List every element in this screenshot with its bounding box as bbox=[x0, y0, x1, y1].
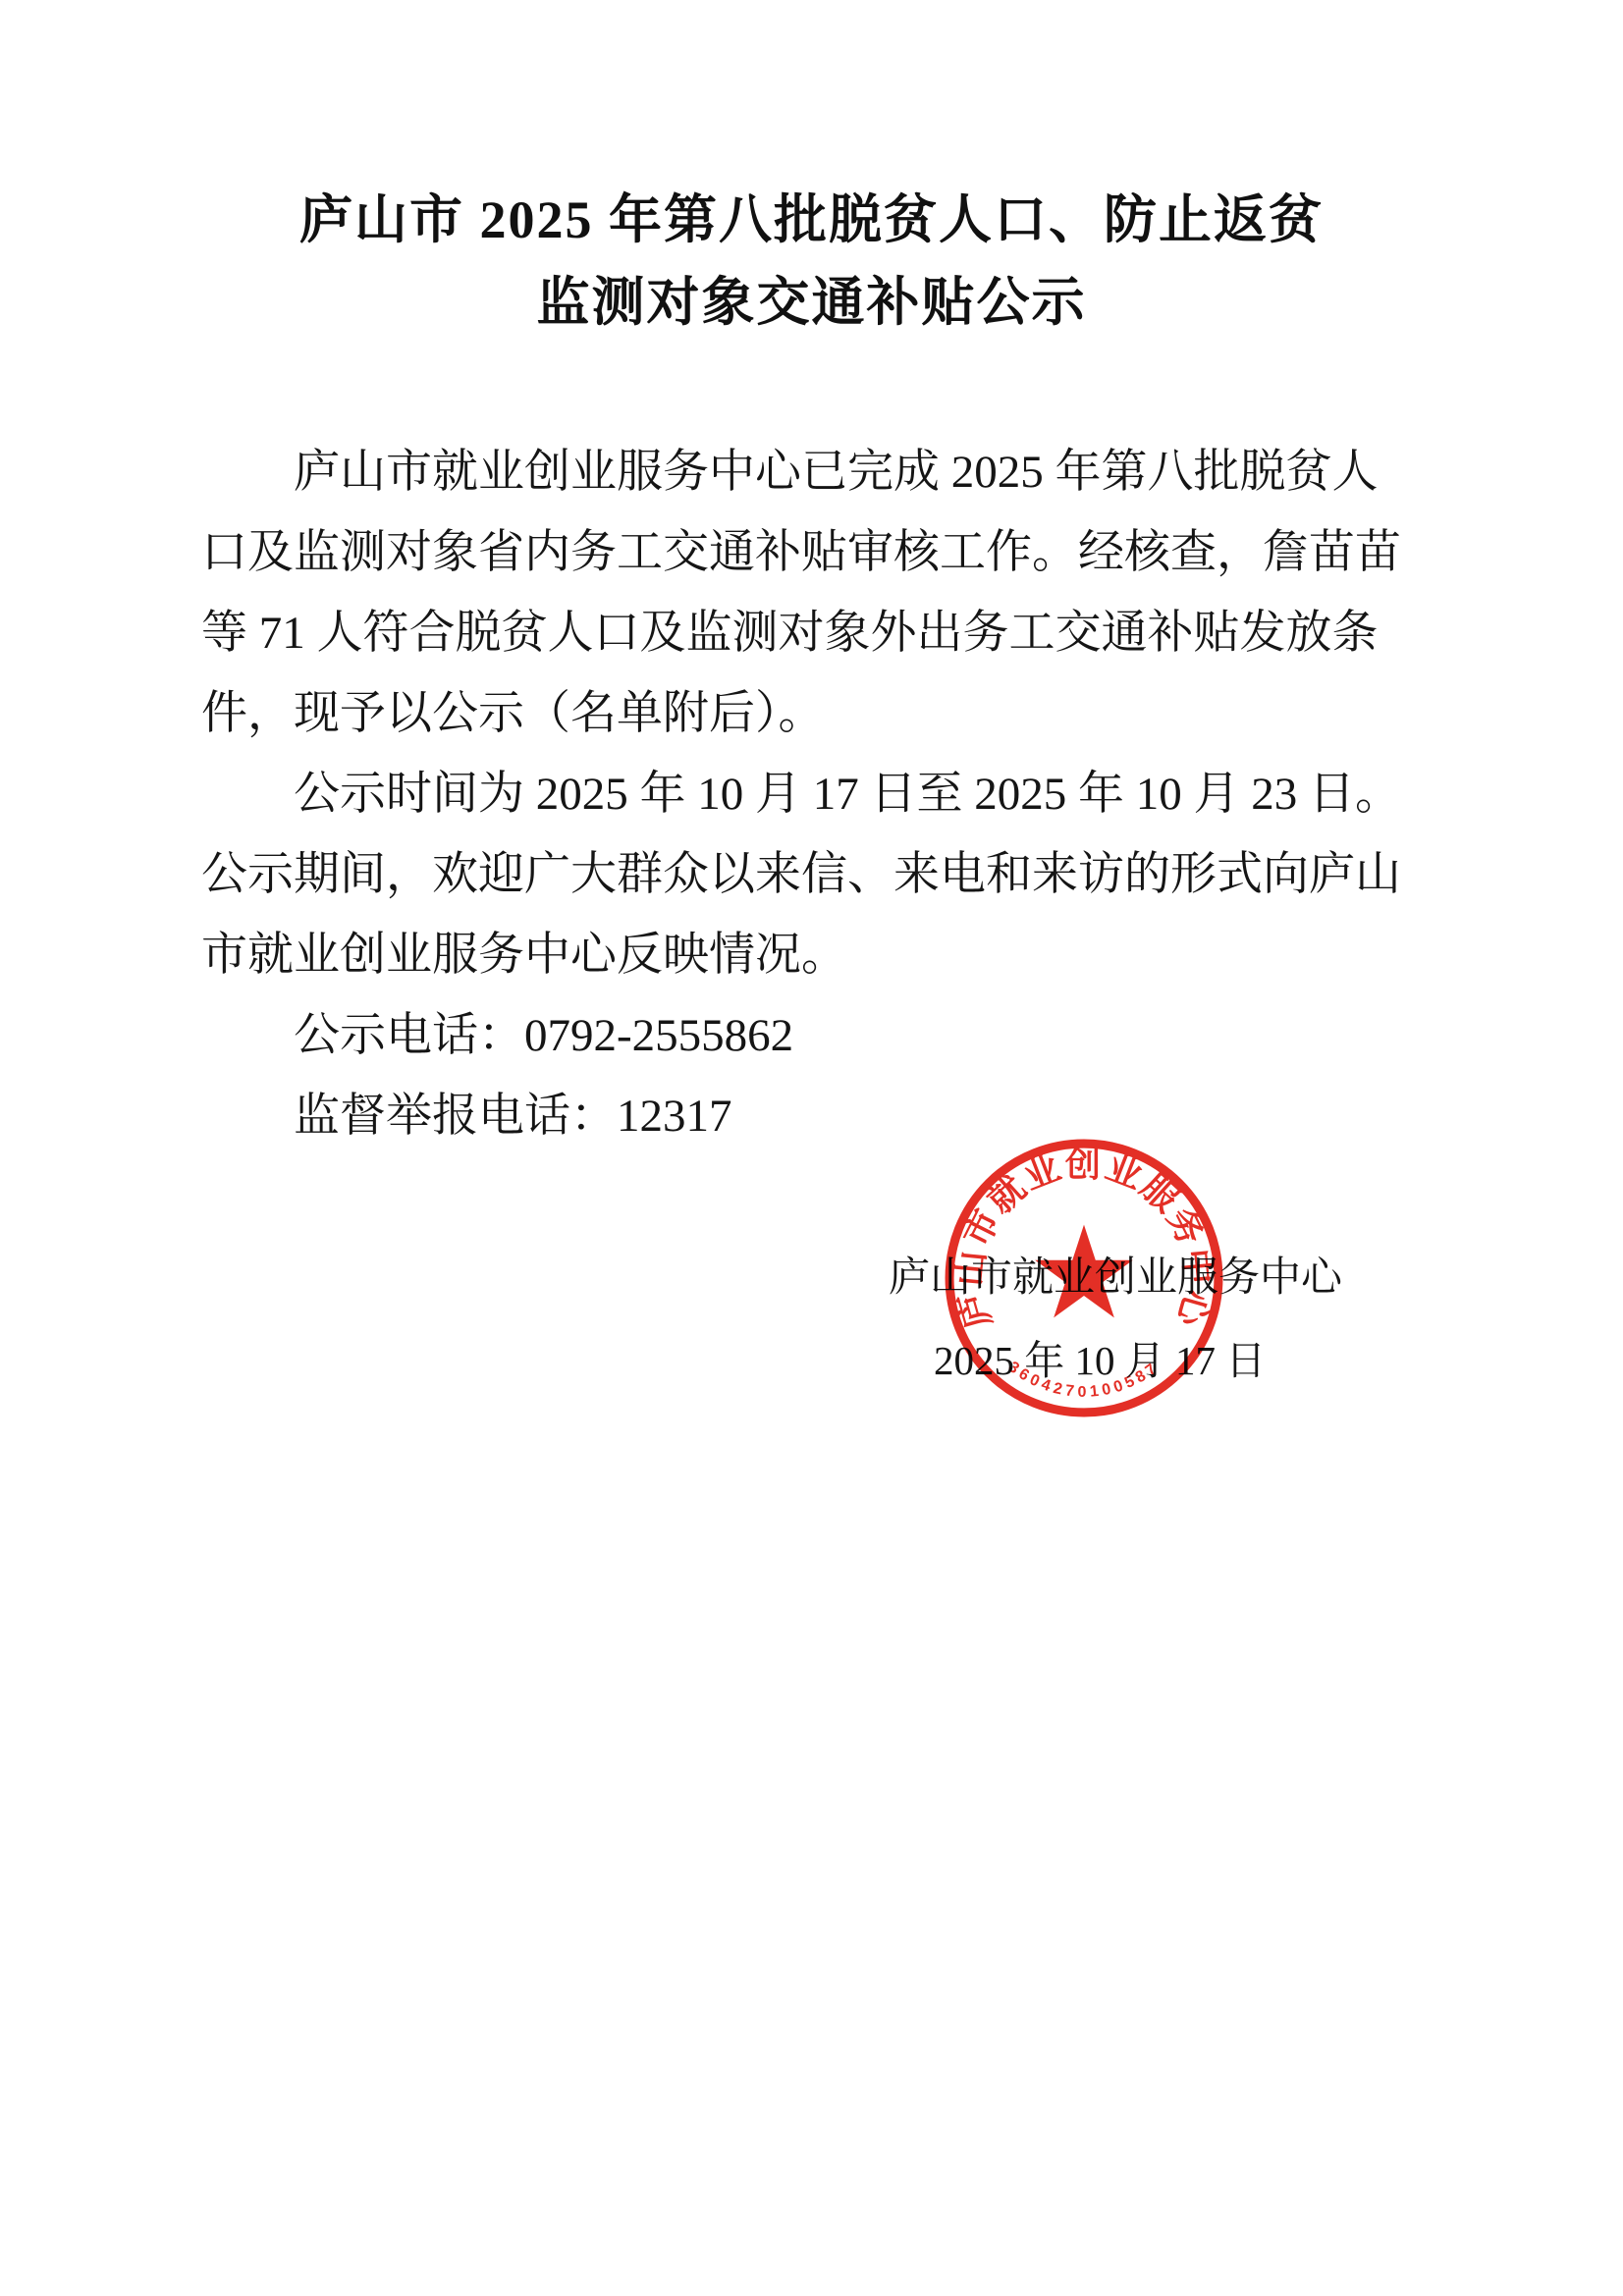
body-line: 公示期间，欢迎广大群众以来信、来电和来访的形式向庐山 bbox=[201, 834, 1429, 915]
body-line: 口及监测对象省内务工交通补贴审核工作。经核查，詹苗苗 bbox=[201, 512, 1429, 593]
document-body: 庐山市就业创业服务中心已完成 2025 年第八批脱贫人 口及监测对象省内务工交通… bbox=[201, 432, 1429, 1156]
body-line: 市就业创业服务中心反映情况。 bbox=[201, 915, 1429, 995]
body-line: 庐山市就业创业服务中心已完成 2025 年第八批脱贫人 bbox=[201, 432, 1429, 512]
svg-text:3604270100587: 3604270100587 bbox=[1005, 1358, 1163, 1400]
body-line: 公示电话：0792-2555862 bbox=[201, 995, 1429, 1076]
official-seal: 庐山市就业创业服务中心 3604270100587 bbox=[941, 1135, 1227, 1421]
body-line: 件，现予以公示（名单附后）。 bbox=[201, 673, 1429, 754]
title-line-1: 庐山市 2025 年第八批脱贫人口、防止返贫 bbox=[0, 179, 1623, 261]
body-line: 公示时间为 2025 年 10 月 17 日至 2025 年 10 月 23 日… bbox=[201, 754, 1429, 834]
body-line: 等 71 人符合脱贫人口及监测对象外出务工交通补贴发放条 bbox=[201, 593, 1429, 673]
body-line: 监督举报电话：12317 bbox=[201, 1076, 1429, 1156]
title-line-2: 监测对象交通补贴公示 bbox=[0, 261, 1623, 344]
document-page: 庐山市 2025 年第八批脱贫人口、防止返贫 监测对象交通补贴公示 庐山市就业创… bbox=[0, 0, 1623, 2296]
seal-code-number: 3604270100587 bbox=[1005, 1358, 1163, 1400]
star-icon bbox=[1035, 1225, 1133, 1318]
document-title: 庐山市 2025 年第八批脱贫人口、防止返贫 监测对象交通补贴公示 bbox=[0, 179, 1623, 344]
